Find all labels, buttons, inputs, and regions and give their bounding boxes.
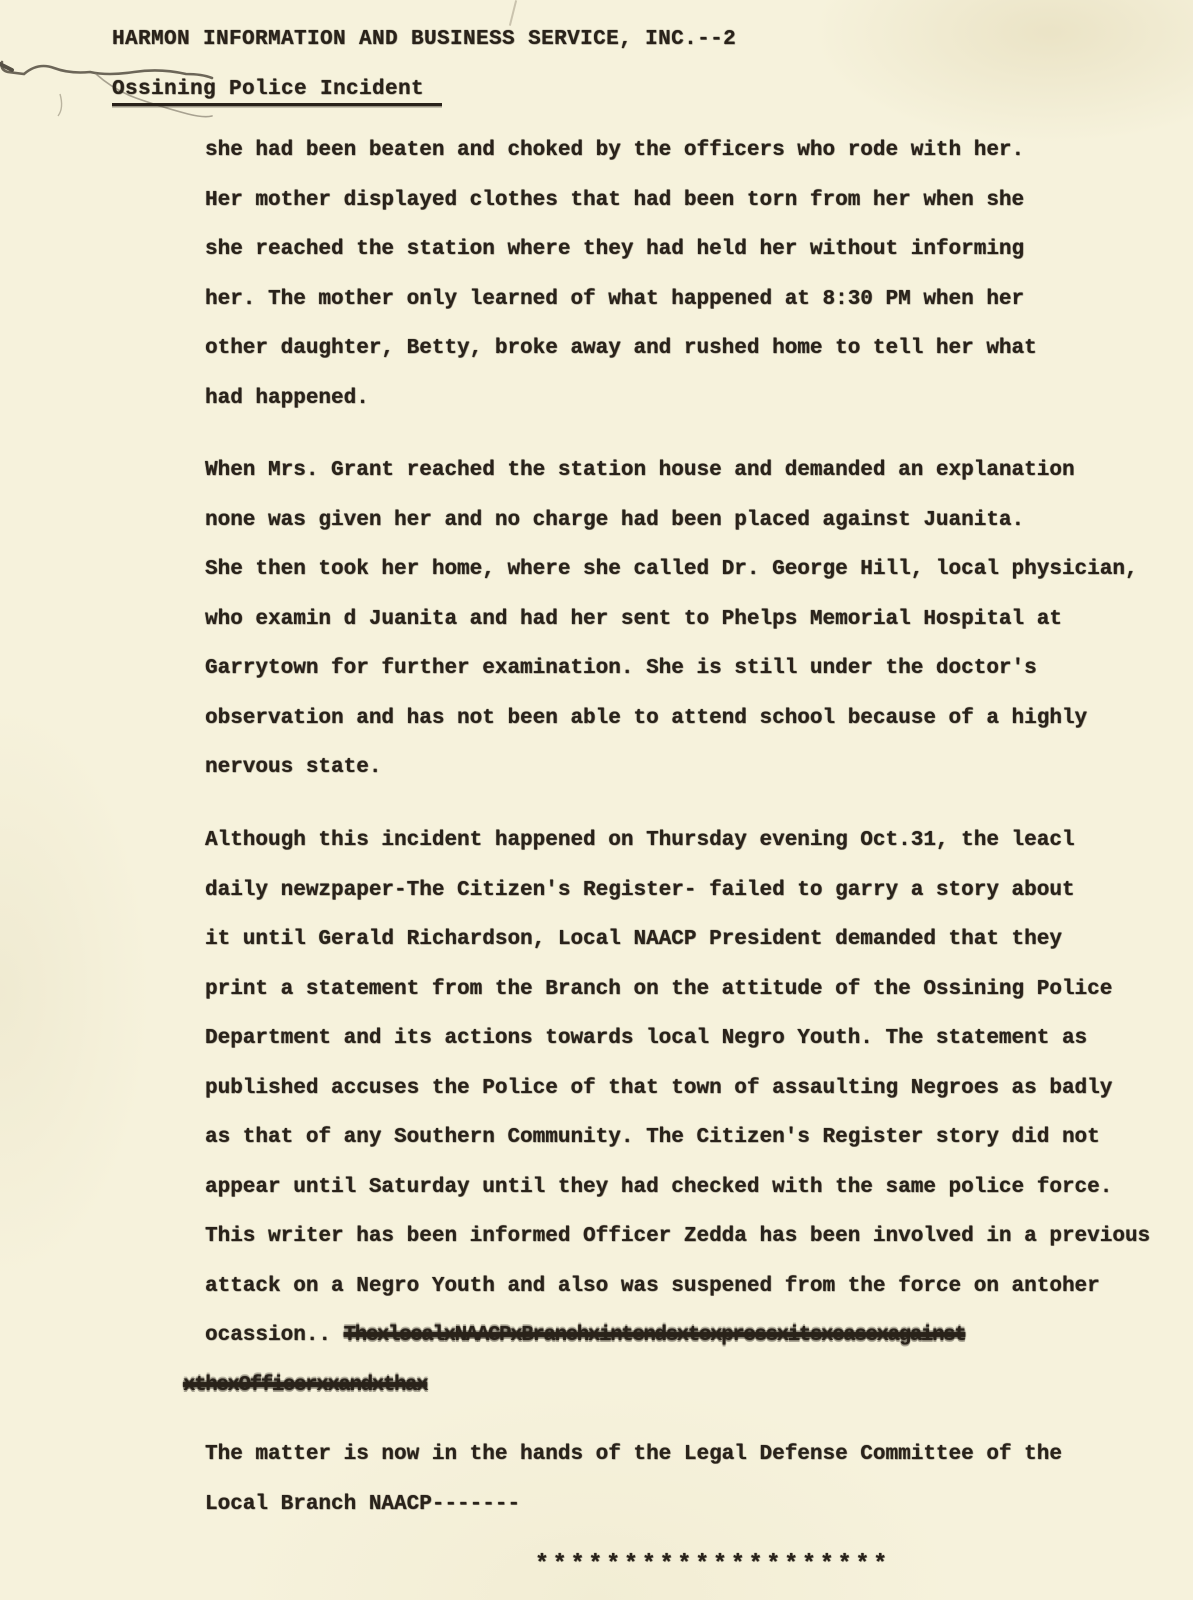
- typed-line: Local Branch NAACP-------: [205, 1480, 1062, 1530]
- paper-crease: [509, 0, 517, 26]
- typed-line: her. The mother only learned of what hap…: [205, 275, 1037, 325]
- typed-line: it until Gerald Richardson, Local NAACP …: [205, 915, 1150, 965]
- typed-line: she reached the station where they had h…: [205, 225, 1037, 275]
- typed-line-with-strikeout: ocassion.. ThexlocalxNAACPxBranchxintend…: [205, 1311, 1150, 1361]
- typed-line: as that of any Southern Community. The C…: [205, 1113, 1150, 1163]
- typed-line: appear until Saturday until they had che…: [205, 1163, 1150, 1213]
- typed-line: who examin d Juanita and had her sent to…: [205, 595, 1138, 645]
- typed-line: This writer has been informed Officer Ze…: [205, 1212, 1150, 1262]
- typed-line: observation and has not been able to att…: [205, 694, 1138, 744]
- typed-line: nervous state.: [205, 743, 1138, 793]
- paragraph-2: When Mrs. Grant reached the station hous…: [205, 446, 1138, 793]
- paragraph-3: Although this incident happened on Thurs…: [205, 816, 1150, 1410]
- closing-paragraph: The matter is now in the hands of the Le…: [205, 1430, 1062, 1529]
- typed-line: She then took her home, where she called…: [205, 545, 1138, 595]
- typed-line: When Mrs. Grant reached the station hous…: [205, 446, 1138, 496]
- footer-separator: ********************: [535, 1540, 891, 1590]
- line-prefix: ocassion..: [205, 1324, 344, 1347]
- typed-line-strikeout: xthexOfficerxxandxthax: [183, 1361, 1150, 1411]
- typed-line: The matter is now in the hands of the Le…: [205, 1430, 1062, 1480]
- typed-line: Garrytown for further examination. She i…: [205, 644, 1138, 694]
- typed-line: other daughter, Betty, broke away and ru…: [205, 324, 1037, 374]
- typed-line: none was given her and no charge had bee…: [205, 496, 1138, 546]
- document-title: Ossining Police Incident: [112, 78, 442, 106]
- paragraph-1: she had been beaten and choked by the of…: [205, 126, 1037, 423]
- typed-line: Although this incident happened on Thurs…: [205, 816, 1150, 866]
- letterhead: HARMON INFORMATION AND BUSINESS SERVICE,…: [112, 28, 736, 51]
- typed-line: Her mother displayed clothes that had be…: [205, 176, 1037, 226]
- typed-line: she had been beaten and choked by the of…: [205, 126, 1037, 176]
- typed-line: published accuses the Police of that tow…: [205, 1064, 1150, 1114]
- document-page: HARMON INFORMATION AND BUSINESS SERVICE,…: [0, 0, 1193, 1600]
- typed-line: attack on a Negro Youth and also was sus…: [205, 1262, 1150, 1312]
- typed-line: Department and its actions towards local…: [205, 1014, 1150, 1064]
- strikethrough-text: ThexlocalxNAACPxBranchxintendsxtoxpressx…: [344, 1324, 966, 1347]
- strikethrough-text: xthexOfficerxxandxthax: [183, 1374, 427, 1397]
- typed-line: had happened.: [205, 374, 1037, 424]
- typed-line: daily newzpaper-The Citizen's Register- …: [205, 866, 1150, 916]
- typed-line: print a statement from the Branch on the…: [205, 965, 1150, 1015]
